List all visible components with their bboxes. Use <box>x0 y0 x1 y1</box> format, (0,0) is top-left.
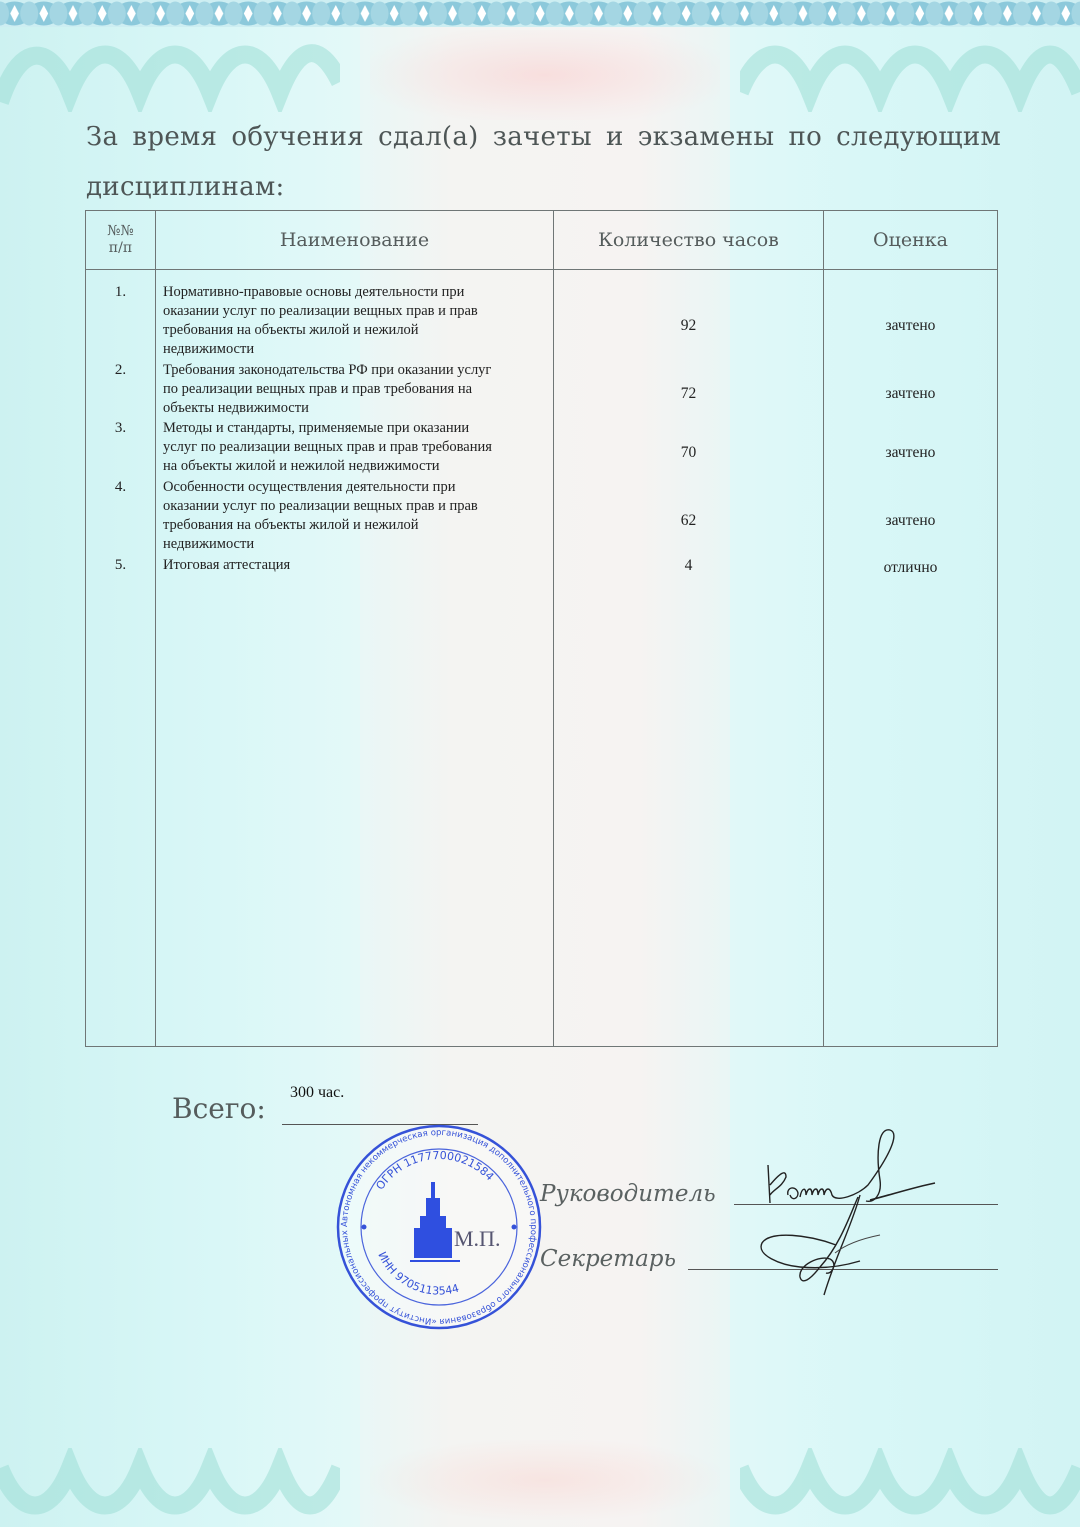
secretary-label: Секретарь <box>540 1246 676 1272</box>
row-name-line: Требования законодательства РФ при оказа… <box>163 361 547 380</box>
row-hours: 4 <box>554 556 823 576</box>
row-name: Нормативно-правовые основы деятельности … <box>156 283 553 361</box>
header-number-line-2: п/п <box>86 240 155 257</box>
heading-line-1: За время обучения сдал(а) зачеты и экзам… <box>86 112 1001 162</box>
row-hours: 72 <box>554 361 823 420</box>
row-name-line: Методы и стандарты, применяемые при оказ… <box>163 419 547 438</box>
row-name-line: оказании услуг по реализации вещных прав… <box>163 302 547 321</box>
row-hours-value: 70 <box>554 419 823 462</box>
decorative-border-band <box>0 0 1080 27</box>
row-hours-value: 62 <box>554 478 823 530</box>
row-grade-value: зачтено <box>824 478 997 530</box>
table-header-row: №№ п/п Наименование Количество часов Оце… <box>86 211 998 270</box>
table-body: 1.2.3.4.5. Нормативно-правовые основы де… <box>86 270 998 1047</box>
row-name-line: Особенности осуществления деятельности п… <box>163 478 547 497</box>
header-grade: Оценка <box>824 211 998 270</box>
row-grade: зачтено <box>824 419 997 478</box>
document-heading: За время обучения сдал(а) зачеты и экзам… <box>86 112 1001 212</box>
row-name-line: на объекты жилой и нежилой недвижимости <box>163 457 547 476</box>
watermark-top <box>370 30 720 120</box>
column-hours: 927270624 <box>554 270 824 1047</box>
row-name-line: недвижимости <box>163 535 547 554</box>
row-name-line: оказании услуг по реализации вещных прав… <box>163 497 547 516</box>
row-grade: зачтено <box>824 478 997 556</box>
header-name: Наименование <box>156 211 554 270</box>
row-grade-value: отлично <box>824 556 997 577</box>
row-hours: 92 <box>554 283 823 361</box>
stamp-center-mark: М.П. <box>454 1226 500 1251</box>
secretary-signature <box>740 1185 920 1300</box>
row-number: 4. <box>86 478 155 556</box>
row-name-line: услуг по реализации вещных прав и прав т… <box>163 438 547 457</box>
row-grade-value: зачтено <box>824 419 997 462</box>
row-number: 2. <box>86 361 155 420</box>
guilloche-wave-top-right <box>740 32 1080 112</box>
row-name-line: объекты недвижимости <box>163 399 547 418</box>
guilloche-wave-top-left <box>0 32 340 112</box>
row-name-line: по реализации вещных прав и прав требова… <box>163 380 547 399</box>
disciplines-table: №№ п/п Наименование Количество часов Оце… <box>85 210 998 1047</box>
header-hours: Количество часов <box>554 211 824 270</box>
row-grade: зачтено <box>824 361 997 420</box>
row-hours-value: 92 <box>554 283 823 335</box>
row-hours: 70 <box>554 419 823 478</box>
row-hours-value: 4 <box>554 556 823 575</box>
column-grade: зачтенозачтенозачтенозачтеноотлично <box>824 270 998 1047</box>
director-label: Руководитель <box>540 1181 716 1207</box>
row-hours-value: 72 <box>554 361 823 404</box>
row-number: 1. <box>86 283 155 361</box>
row-grade-value: зачтено <box>824 361 997 404</box>
row-name-line: Нормативно-правовые основы деятельности … <box>163 283 547 302</box>
row-name: Методы и стандарты, применяемые при оказ… <box>156 419 553 478</box>
official-stamp: Автономная некоммерческая организация до… <box>334 1122 544 1332</box>
header-number-line-1: №№ <box>86 223 155 240</box>
row-grade: зачтено <box>824 283 997 361</box>
row-name: Особенности осуществления деятельности п… <box>156 478 553 556</box>
row-name-line: требования на объекты жилой и нежилой <box>163 321 547 340</box>
row-hours: 62 <box>554 478 823 556</box>
column-name: Нормативно-правовые основы деятельности … <box>156 270 554 1047</box>
watermark-bottom <box>370 1440 720 1520</box>
row-grade: отлично <box>824 556 997 576</box>
row-name: Итоговая аттестация <box>156 556 553 576</box>
total-label: Всего: <box>172 1092 266 1125</box>
guilloche-wave-bottom-left <box>0 1448 340 1527</box>
row-number: 3. <box>86 419 155 478</box>
guilloche-wave-bottom-right <box>740 1448 1080 1527</box>
row-number: 5. <box>86 556 155 576</box>
row-grade-value: зачтено <box>824 283 997 335</box>
row-name-line: недвижимости <box>163 340 547 359</box>
row-name-line: требования на объекты жилой и нежилой <box>163 516 547 535</box>
total-value: 300 час. <box>290 1084 344 1102</box>
heading-line-2: дисциплинам: <box>86 172 285 202</box>
row-name-line: Итоговая аттестация <box>163 556 547 575</box>
header-number: №№ п/п <box>86 211 156 270</box>
row-name: Требования законодательства РФ при оказа… <box>156 361 553 420</box>
column-number: 1.2.3.4.5. <box>86 270 156 1047</box>
